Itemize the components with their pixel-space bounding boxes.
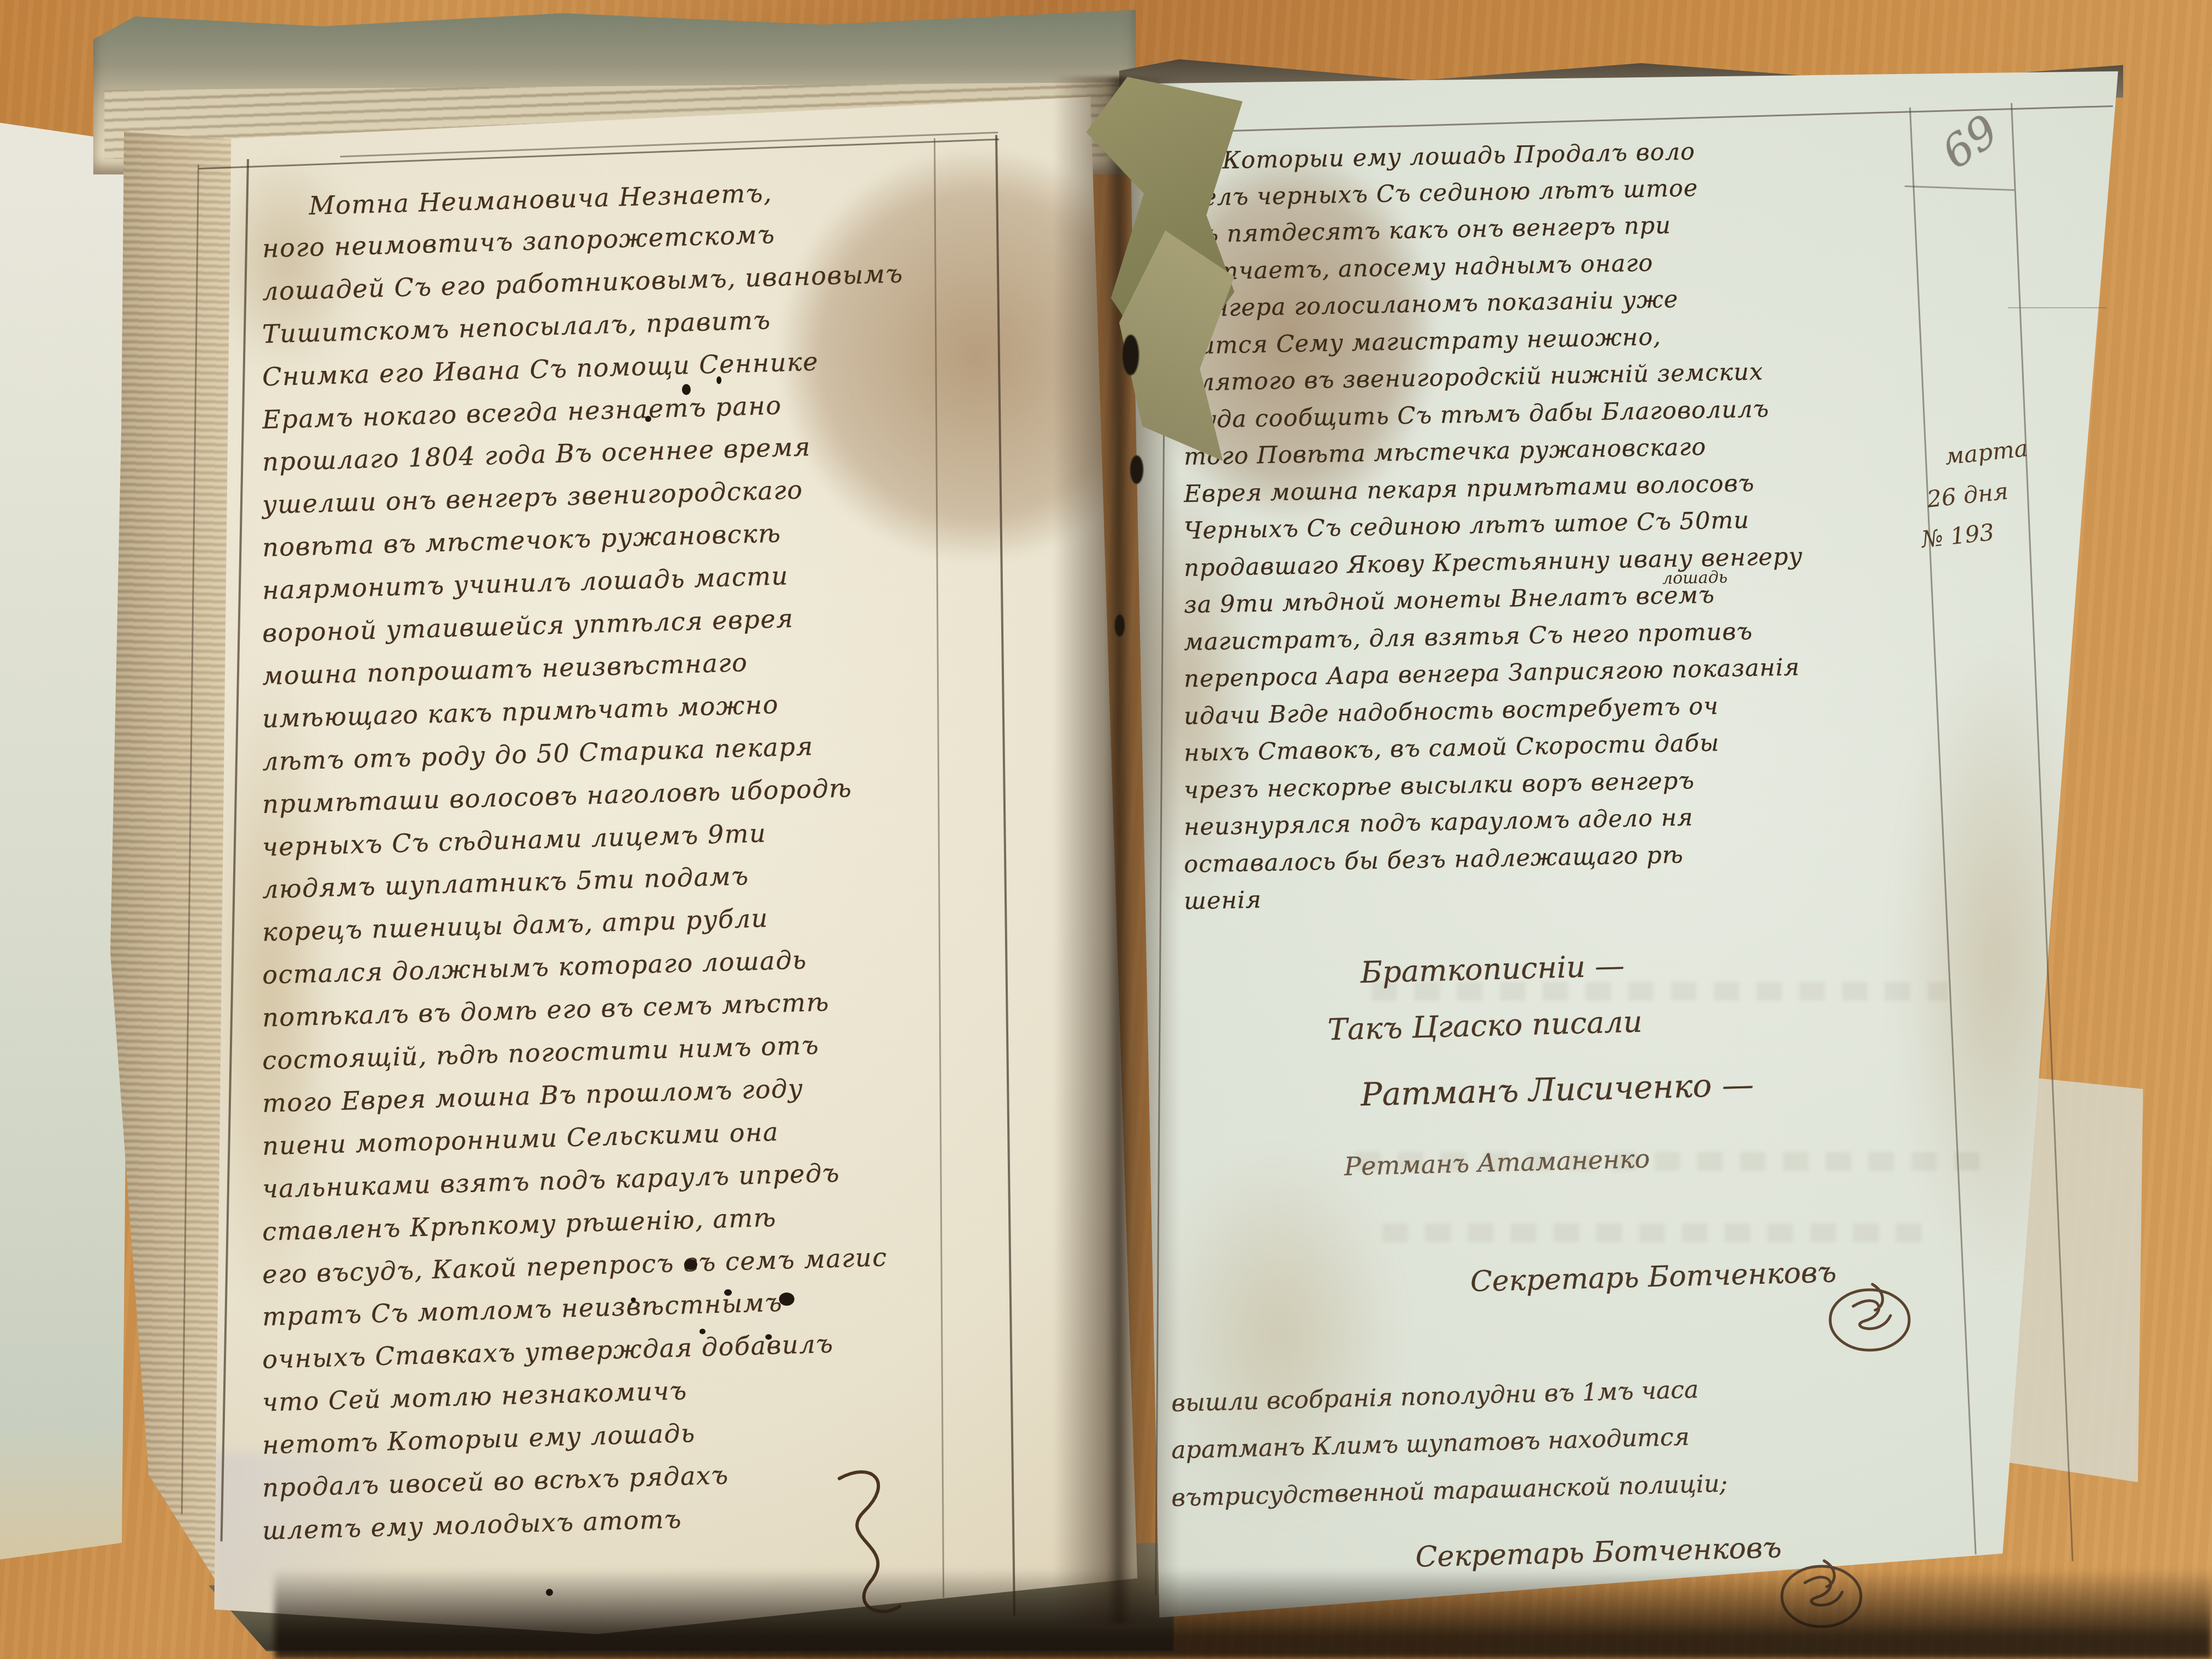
superscript-insertion: лошадь	[1662, 568, 1728, 588]
photo-scene: Мотна Неимановича Незнаетъ,ного неимовти…	[0, 0, 2212, 1659]
gutter-hole	[1115, 614, 1125, 636]
ink-blot	[684, 1259, 697, 1270]
manuscript-line: Суда сообщить Съ тѣмъ дабы Благоволилъ	[1184, 395, 1770, 433]
manuscript-line: того Повѣта мѣстечка ружановскаго	[1184, 433, 1707, 471]
manuscript-line: интчаетъ, апосему наднымъ онаго	[1184, 249, 1654, 285]
manuscript-line: длятого въ звенигородскій нижній земских	[1184, 358, 1764, 397]
manuscript-line: Еврея мошна пекаря примѣтами волосовъ	[1184, 470, 1755, 508]
manuscript-line: чрезъ нескорѣе высылки воръ венгеръ	[1184, 767, 1695, 804]
manuscript-line: за 9ти мѣдной монеты Внелатъ всемъ	[1184, 581, 1716, 619]
ink-blot	[779, 1293, 794, 1306]
manuscript-line: шенія	[1184, 886, 1262, 915]
manuscript-line: магистратъ, для взятья Съ него противъ	[1184, 618, 1753, 656]
gutter-hole	[1130, 455, 1143, 484]
manuscript-line: Съ пятдесятъ какъ онъ венгеръ при	[1184, 212, 1672, 249]
ink-blot	[645, 416, 651, 422]
manuscript-line: венгера голосиланомъ показаніи уже	[1184, 286, 1679, 323]
attestation-line: Браткописніи —	[1360, 949, 1624, 990]
manuscript-line: идачи Вгде надобность востребуетъ оч	[1184, 692, 1719, 730]
ink-blot	[724, 1289, 732, 1296]
manuscript-line: рится Сему магистрату нешожно,	[1184, 323, 1662, 360]
ink-blot	[765, 1334, 772, 1340]
manuscript-line: Которыи ему лошадь Продалъ воло	[1222, 138, 1696, 174]
manuscript-line: Черныхъ Съ сединою лѣтъ штое Съ 50ти	[1184, 506, 1750, 545]
manuscript-line: неизнурялся подъ карауломъ адело ня	[1184, 804, 1694, 841]
ink-blot	[716, 376, 721, 384]
manuscript-line: Селъ черныхъ Съ сединою лѣтъ штое	[1184, 174, 1699, 212]
manuscript-line: оставалось бы безъ надлежащаго рѣ	[1184, 841, 1684, 878]
secretary-paraph-flourish	[1820, 1276, 1919, 1358]
manuscript-line: ныхъ Ставокъ, въ самой Скорости дабы	[1184, 729, 1720, 767]
manuscript-line: перепроса Аара венгера Заприсягою показа…	[1184, 653, 1801, 693]
cast-shadow-bottom	[274, 1569, 2212, 1659]
gutter-hole	[1122, 335, 1139, 375]
ink-blot	[682, 384, 691, 395]
ink-blot	[631, 1297, 636, 1302]
ink-blot	[699, 1329, 706, 1334]
